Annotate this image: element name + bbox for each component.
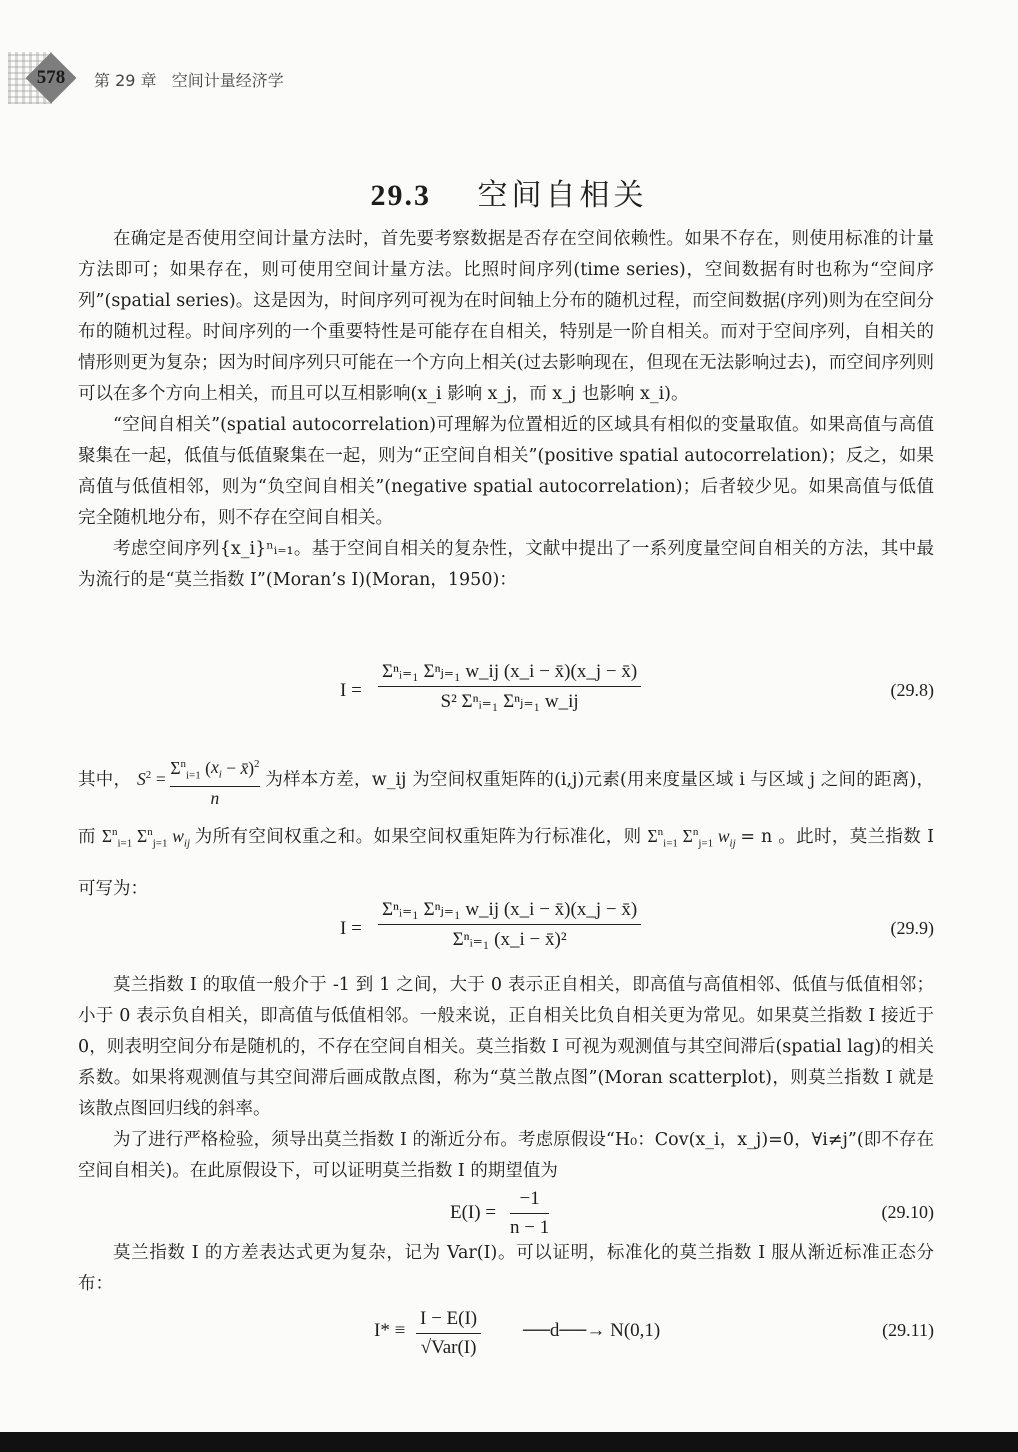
equation-number: (29.9) bbox=[891, 918, 935, 939]
fraction: Σⁿᵢ₌₁ Σⁿⱼ₌₁ w_ij (x_i − x̄)(x_j − x̄) Σⁿ… bbox=[378, 898, 641, 951]
converges-in-distribution: ──d──→ N(0,1) bbox=[523, 1320, 660, 1342]
equation-29-9: I = Σⁿᵢ₌₁ Σⁿⱼ₌₁ w_ij (x_i − x̄)(x_j − x̄… bbox=[78, 898, 934, 968]
paragraph: “空间自相关”(spatial autocorrelation)可理解为位置相近… bbox=[78, 410, 934, 534]
page-number: 578 bbox=[29, 67, 73, 89]
paragraph-block-3: 莫兰指数 I 的方差表达式更为复杂，记为 Var(I)。可以证明，标准化的莫兰指… bbox=[78, 1238, 934, 1300]
running-header: 578 第 29 章 空间计量经济学 bbox=[0, 52, 420, 112]
fraction: −1 n − 1 bbox=[510, 1188, 549, 1239]
paragraph: 为了进行严格检验，须导出莫兰指数 I 的渐近分布。考虑原假设“H₀：Cov(x_… bbox=[78, 1125, 934, 1187]
s2-definition: 其中， S2 = Σni=1 (xi − x̄)2n 为样本方差，w_ij 为空… bbox=[78, 752, 934, 912]
equation-number: (29.11) bbox=[882, 1320, 934, 1341]
section-title: 空间自相关 bbox=[477, 178, 647, 213]
equation-number: (29.8) bbox=[891, 680, 935, 701]
paragraph-1-block: 在确定是否使用空间计量方法时，首先要考察数据是否存在空间依赖性。如果不存在，则使… bbox=[78, 224, 934, 596]
fraction: Σⁿᵢ₌₁ Σⁿⱼ₌₁ w_ij (x_i − x̄)(x_j − x̄) S²… bbox=[378, 660, 641, 713]
chapter-title: 第 29 章 空间计量经济学 bbox=[94, 68, 284, 91]
paragraph: 莫兰指数 I 的取值一般介于 -1 到 1 之间，大于 0 表示正自相关，即高值… bbox=[78, 970, 934, 1125]
fraction: I − E(I) √Var(I) bbox=[416, 1308, 481, 1359]
equation-29-8: I = Σⁿᵢ₌₁ Σⁿⱼ₌₁ w_ij (x_i − x̄)(x_j − x̄… bbox=[78, 660, 934, 730]
paragraph: 考虑空间序列{x_i}ⁿᵢ₌₁。基于空间自相关的复杂性，文献中提出了一系列度量空… bbox=[78, 534, 934, 596]
paragraph: 在确定是否使用空间计量方法时，首先要考察数据是否存在空间依赖性。如果不存在，则使… bbox=[78, 224, 934, 410]
section-heading: 29.3 空间自相关 bbox=[0, 170, 1018, 214]
section-number: 29.3 bbox=[371, 179, 432, 212]
bottom-scan-edge bbox=[0, 1432, 1018, 1452]
paragraph: 莫兰指数 I 的方差表达式更为复杂，记为 Var(I)。可以证明，标准化的莫兰指… bbox=[78, 1238, 934, 1300]
equation-number: (29.10) bbox=[882, 1202, 935, 1223]
equation-29-11: I* ≡ I − E(I) √Var(I) ──d──→ N(0,1) (29.… bbox=[78, 1308, 934, 1378]
paragraph-block-2: 莫兰指数 I 的取值一般介于 -1 到 1 之间，大于 0 表示正自相关，即高值… bbox=[78, 970, 934, 1187]
